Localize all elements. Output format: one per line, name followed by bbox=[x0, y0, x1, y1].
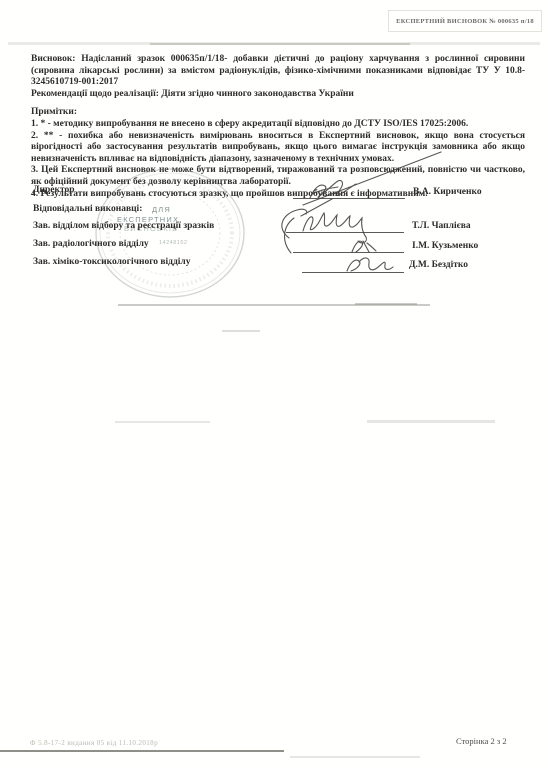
scanned-document-page: ЕКСПЕРТНИЙ ВИСНОВОК № 000635 п/18 Виснов… bbox=[0, 0, 548, 768]
stamp-number: 14248152 bbox=[159, 240, 187, 246]
conclusion-paragraph: Висновок: Надісланий зразок 000635п/1/18… bbox=[31, 54, 525, 89]
document-body: Висновок: Надісланий зразок 000635п/1/18… bbox=[31, 54, 525, 200]
executors-label: Відповідальні виконавці: bbox=[33, 204, 142, 214]
scan-artifact bbox=[150, 43, 410, 45]
document-title: ЕКСПЕРТНИЙ ВИСНОВОК № 000635 п/18 bbox=[396, 18, 534, 25]
recommendation-text: Діяти згідно чинного законодавства Украї… bbox=[161, 89, 354, 99]
note-item-1: 1. * - методику випробування не внесено … bbox=[31, 119, 525, 131]
scan-artifact bbox=[115, 421, 210, 423]
scan-artifact bbox=[355, 303, 417, 305]
signature-line-director bbox=[293, 188, 405, 199]
signer-name: Т.Л. Чаплієва bbox=[412, 221, 471, 231]
signature-line-row3 bbox=[302, 262, 404, 273]
stamp-text-line1: ДЛЯ bbox=[152, 205, 171, 214]
scan-artifact bbox=[222, 330, 260, 332]
note-item-2: 2. ** - похибка або невизначеність вимір… bbox=[31, 131, 525, 166]
signer-row-label: Зав. відділом відбору та реєстрації зраз… bbox=[33, 221, 214, 231]
signer-row-label: Зав. радіологічного відділу bbox=[33, 239, 149, 249]
signature-line-row1 bbox=[286, 222, 404, 233]
signature-line-row2 bbox=[293, 242, 404, 253]
scan-artifact bbox=[118, 304, 430, 306]
document-header-box: ЕКСПЕРТНИЙ ВИСНОВОК № 000635 п/18 bbox=[388, 10, 542, 32]
scan-artifact-bottom-line bbox=[0, 750, 284, 752]
scan-artifact bbox=[290, 756, 420, 758]
signer-name: Д.М. Бездітко bbox=[409, 260, 468, 270]
footer-form-code: Ф 5.8-17-2 видання 05 від 11.10.2018р bbox=[30, 739, 158, 747]
signer-name: І.М. Кузьменко bbox=[412, 241, 478, 251]
recommendation-paragraph: Рекомендації щодо реалізації: Діяти згід… bbox=[31, 89, 525, 101]
scan-artifact bbox=[8, 42, 540, 45]
scan-artifact bbox=[367, 420, 495, 423]
note-item-3: 3. Цей Експертний висновок не може бути … bbox=[31, 165, 525, 188]
conclusion-text: Надісланий зразок 000635п/1/18- добавки … bbox=[31, 54, 525, 87]
director-name: В.А. Кириченко bbox=[413, 187, 482, 197]
notes-label: Примітки: bbox=[31, 107, 525, 119]
recommendation-label: Рекомендації щодо реалізації: bbox=[31, 89, 159, 99]
signer-row-label: Зав. хіміко-токсикологічного відділу bbox=[33, 257, 191, 267]
director-label: Директор bbox=[33, 185, 75, 195]
page-number: Сторінка 2 з 2 bbox=[456, 736, 507, 746]
conclusion-label: Висновок: bbox=[31, 54, 75, 64]
